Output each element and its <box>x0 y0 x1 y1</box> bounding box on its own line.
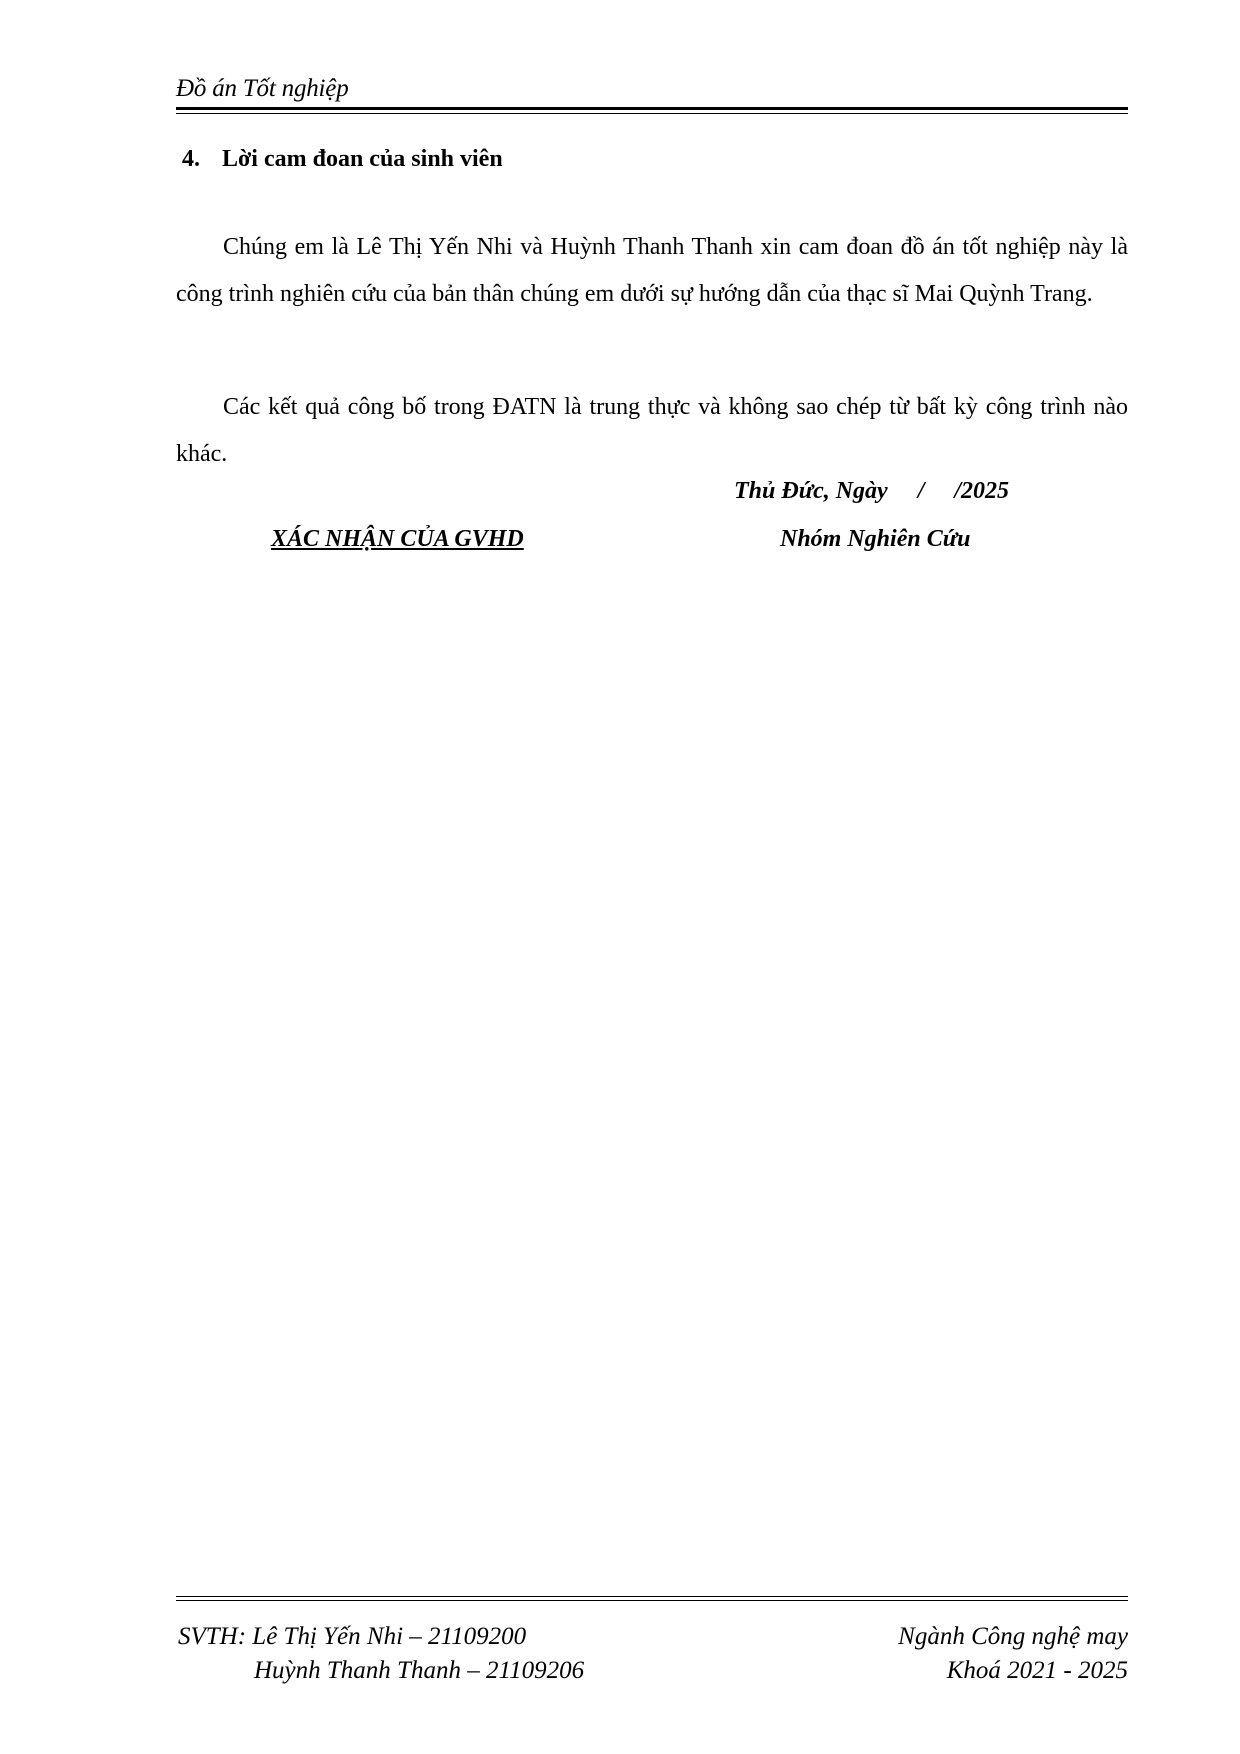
body-paragraph: Các kết quả công bố trong ĐATN là trung … <box>176 384 1128 478</box>
footer-program: Ngành Công nghệ may Khoá 2021 - 2025 <box>898 1620 1128 1688</box>
section-title: Lời cam đoan của sinh viên <box>222 146 503 172</box>
footer-major: Ngành Công nghệ may <box>898 1620 1128 1654</box>
advisor-confirmation-label: XÁC NHẬN CỦA GVHD <box>271 524 524 554</box>
section-heading: 4.Lời cam đoan của sinh viên <box>182 144 503 174</box>
page-header: Đồ án Tốt nghiệp <box>176 74 1128 104</box>
body-paragraph: Chúng em là Lê Thị Yến Nhi và Huỳnh Than… <box>176 224 1128 318</box>
footer-student-1: SVTH: Lê Thị Yến Nhi – 21109200 <box>178 1620 584 1654</box>
header-title: Đồ án Tốt nghiệp <box>176 74 1128 104</box>
research-group-label: Nhóm Nghiên Cứu <box>780 524 970 554</box>
date-line: Thủ Đức, Ngày / /2025 <box>734 476 1009 506</box>
footer-rule <box>176 1596 1128 1601</box>
header-rule <box>176 107 1128 114</box>
footer-students: SVTH: Lê Thị Yến Nhi – 21109200 Huỳnh Th… <box>178 1620 584 1688</box>
section-number: 4. <box>182 144 222 174</box>
footer-course: Khoá 2021 - 2025 <box>898 1654 1128 1688</box>
footer-student-2: Huỳnh Thanh Thanh – 21109206 <box>178 1654 584 1688</box>
